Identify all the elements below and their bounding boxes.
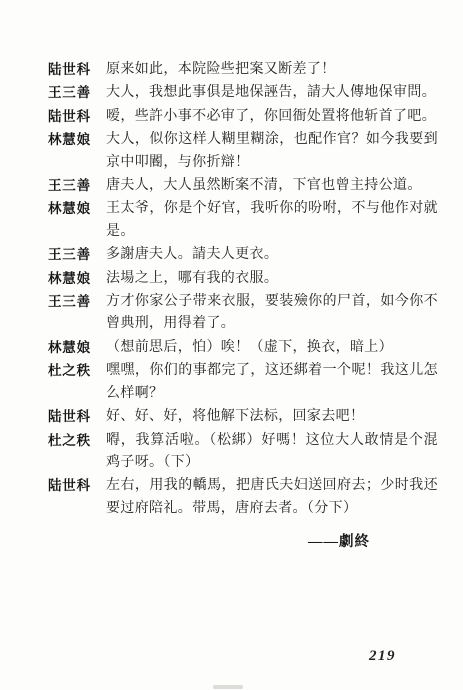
dialogue-text: 法場之上，哪有我的衣服。: [106, 268, 438, 290]
page-number: 219: [369, 648, 396, 665]
dialogue-text: 大人，我想此事俱是地保誣告，請大人傳地保审問。: [106, 82, 438, 104]
script-line: 王三善方才你家公子带来衣服，要装殮你的尸首，如今你不曾典刑，用得着了。: [48, 291, 438, 336]
script-line: 陆世科好、好、好，将他解下法标，回家去吧！: [48, 406, 438, 428]
script-line: 林慧娘法場之上，哪有我的衣服。: [48, 268, 438, 290]
dialogue-text: 左右，用我的轎馬，把唐氏夫妇送回府去；少时我还要过府陪礼。带馬，唐府去者。（分下…: [106, 475, 438, 520]
dialogue-text: 原来如此，本院险些把案又断差了！: [106, 59, 438, 81]
script-line: 杜之秩嘚，我算活啦。（松綁）好嗎！这位大人敢情是个混鸡子呀。（下）: [48, 430, 438, 475]
script-body: 陆世科原来如此，本院险些把案又断差了！王三善大人，我想此事俱是地保誣告，請大人傳…: [48, 59, 438, 521]
speaker-name: 林慧娘: [48, 198, 94, 220]
speaker-name: 陆世科: [48, 59, 94, 81]
script-line: 陆世科原来如此，本院险些把案又断差了！: [48, 59, 438, 81]
speaker-name: 林慧娘: [48, 129, 94, 151]
script-line: 林慧娘（想前思后，怕）唉！（虚下，换衣，暗上）: [48, 337, 438, 359]
dialogue-text: 唐夫人，大人虽然断案不清，下官也曾主持公道。: [106, 175, 438, 197]
book-page: 陆世科原来如此，本院险些把案又断差了！王三善大人，我想此事俱是地保誣告，請大人傳…: [0, 0, 463, 690]
speaker-name: 林慧娘: [48, 337, 94, 359]
dialogue-text: 嘿嘿，你们的事都完了，这还綁着一个呢！我这儿怎么样啊？: [106, 360, 438, 405]
speaker-name: 王三善: [48, 244, 94, 266]
dialogue-text: 大人，似你这样人糊里糊涂，也配作官？如今我要到京中叩閽，与你折辯！: [106, 129, 438, 174]
speaker-name: 王三善: [48, 82, 94, 104]
script-line: 王三善多謝唐夫人。請夫人更衣。: [48, 244, 438, 266]
speaker-name: 林慧娘: [48, 268, 94, 290]
speaker-name: 杜之秩: [48, 430, 94, 452]
speaker-name: 王三善: [48, 291, 94, 313]
script-line: 陆世科嗳，些許小事不必审了，你回衙处置将他斩首了吧。: [48, 106, 438, 128]
script-line: 杜之秩嘿嘿，你们的事都完了，这还綁着一个呢！我这儿怎么样啊？: [48, 360, 438, 405]
scan-artifact: [213, 685, 243, 689]
dialogue-text: （想前思后，怕）唉！（虚下，换衣，暗上）: [106, 337, 438, 359]
dialogue-text: 方才你家公子带来衣服，要装殮你的尸首，如今你不曾典刑，用得着了。: [106, 291, 438, 336]
script-line: 林慧娘大人，似你这样人糊里糊涂，也配作官？如今我要到京中叩閽，与你折辯！: [48, 129, 438, 174]
script-line: 陆世科左右，用我的轎馬，把唐氏夫妇送回府去；少时我还要过府陪礼。带馬，唐府去者。…: [48, 475, 438, 520]
speaker-name: 陆世科: [48, 475, 94, 497]
script-line: 王三善唐夫人，大人虽然断案不清，下官也曾主持公道。: [48, 175, 438, 197]
speaker-name: 杜之秩: [48, 360, 94, 382]
script-line: 王三善大人，我想此事俱是地保誣告，請大人傳地保审問。: [48, 82, 438, 104]
dialogue-text: 多謝唐夫人。請夫人更衣。: [106, 244, 438, 266]
dialogue-text: 好、好、好，将他解下法标，回家去吧！: [106, 406, 438, 428]
speaker-name: 王三善: [48, 175, 94, 197]
dialogue-text: 王太爷，你是个好官，我听你的吩咐，不与他作对就是。: [106, 198, 438, 243]
end-marker: ——劇終: [48, 530, 370, 551]
script-line: 林慧娘王太爷，你是个好官，我听你的吩咐，不与他作对就是。: [48, 198, 438, 243]
speaker-name: 陆世科: [48, 406, 94, 428]
speaker-name: 陆世科: [48, 106, 94, 128]
dialogue-text: 嗳，些許小事不必审了，你回衙处置将他斩首了吧。: [106, 106, 438, 128]
dialogue-text: 嘚，我算活啦。（松綁）好嗎！这位大人敢情是个混鸡子呀。（下）: [106, 430, 438, 475]
